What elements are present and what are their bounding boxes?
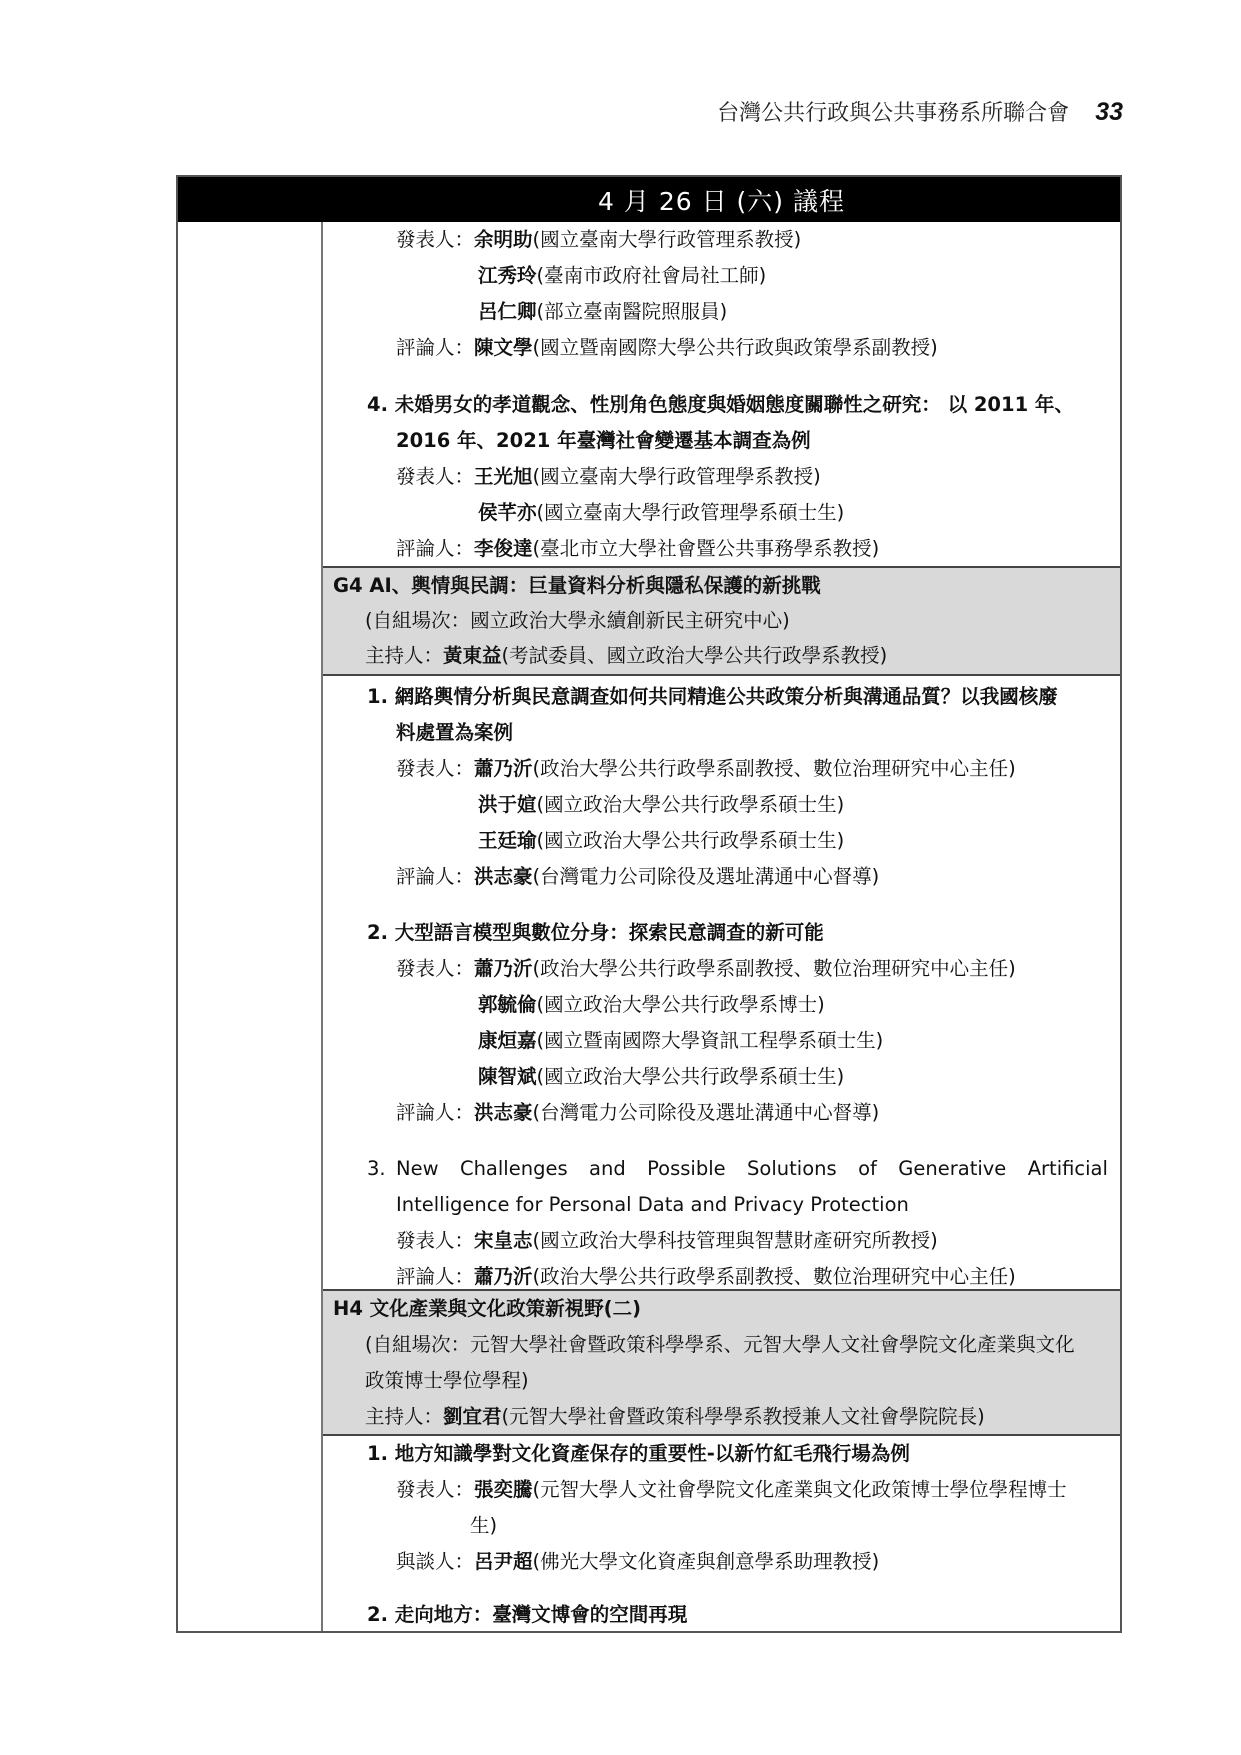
session-header-g4: G4 AI、輿情與民調：巨量資料分析與隱私保護的新挑戰 (自組場次：國立政治大學… [323, 566, 1120, 676]
paper-number: 1. [367, 685, 388, 708]
paper-title-cont: 料處置為案例 [396, 715, 1120, 751]
presenter-affiliation: (國立政治大學公共行政學系碩士生) [537, 1065, 845, 1088]
presenter-label: 發表人： [396, 957, 474, 980]
presenter-line: 侯芊亦(國立臺南大學行政管理學系碩士生) [478, 495, 1120, 531]
time-column [178, 177, 323, 1631]
presenter-affiliation: (國立政治大學公共行政學系碩士生) [537, 793, 845, 816]
title-word: Possible [647, 1151, 726, 1187]
discussant-name: 蕭乃沂 [474, 1265, 533, 1288]
presenter-name: 侯芊亦 [478, 501, 537, 524]
presenter-name: 蕭乃沂 [474, 957, 533, 980]
running-head-title: 台灣公共行政與公共事務系所聯合會 [717, 96, 1069, 127]
discussant-affiliation: (台灣電力公司除役及選址溝通中心督導) [533, 865, 880, 888]
discussant-affiliation: (政治大學公共行政學系副教授、數位治理研究中心主任) [533, 1265, 1016, 1288]
agenda-header-title: 4 月 26 日 (六) 議程 [323, 177, 1120, 222]
presenter-name: 江秀玲 [478, 264, 537, 287]
paper-title-cont: Intelligence for Personal Data and Priva… [396, 1187, 1120, 1223]
title-word: of [858, 1151, 877, 1187]
presenter-affiliation-cont: 生) [470, 1508, 1120, 1544]
presenter-name: 洪于媗 [478, 793, 537, 816]
paper-title: 3. New Challenges and Possible Solutions… [367, 1151, 1108, 1187]
presenter-line: 發表人：蕭乃沂(政治大學公共行政學系副教授、數位治理研究中心主任) [396, 751, 1120, 787]
presenter-label: 發表人： [396, 228, 474, 251]
discussant-label: 評論人： [396, 865, 474, 888]
discussant-line: 評論人：李俊達(臺北市立大學社會暨公共事務學系教授) [396, 531, 1120, 567]
host-label: 主持人： [365, 644, 443, 667]
presenter-label: 發表人： [396, 1229, 474, 1252]
presenter-affiliation: (國立政治大學科技管理與智慧財產研究所教授) [533, 1229, 938, 1252]
presenter-line: 洪于媗(國立政治大學公共行政學系碩士生) [478, 787, 1120, 823]
session-header-h4: H4 文化產業與文化政策新視野(二) (自組場次：元智大學社會暨政策科學學系、元… [323, 1289, 1120, 1436]
presenter-line: 郭毓倫(國立政治大學公共行政學系博士) [478, 987, 1120, 1023]
discussant-label: 評論人： [396, 1265, 474, 1288]
session-organizer: (自組場次：國立政治大學永續創新民主研究中心) [365, 603, 1120, 639]
session-host: 主持人：黃東益(考試委員、國立政治大學公共行政學系教授) [365, 638, 1120, 674]
host-affiliation: (元智大學社會暨政策科學學系教授兼人文社會學院院長) [502, 1405, 985, 1428]
running-head: 台灣公共行政與公共事務系所聯合會 33 [717, 96, 1123, 127]
paper-title: 1. 地方知識學對文化資產保存的重要性-以新竹紅毛飛行場為例 [367, 1436, 1120, 1472]
host-name: 劉宜君 [443, 1405, 502, 1428]
page-number: 33 [1095, 98, 1123, 127]
session-organizer: (自組場次：元智大學社會暨政策科學學系、元智大學人文社會學院文化產業與文化 [365, 1327, 1120, 1363]
presenter-name: 陳智斌 [478, 1065, 537, 1088]
paper-number: 2. [367, 1603, 388, 1626]
presenter-affiliation: (國立臺南大學行政管理系教授) [533, 228, 802, 251]
paper-title-line: 地方知識學對文化資產保存的重要性-以新竹紅毛飛行場為例 [395, 1442, 910, 1465]
paper-title-line: 網路輿情分析與民意調查如何共同精進公共政策分析與溝通品質？以我國核廢 [395, 685, 1058, 708]
presenter-name: 呂仁卿 [478, 300, 537, 323]
title-word: Artificial [1028, 1151, 1108, 1187]
paper-number: 2. [367, 921, 388, 944]
session-title: H4 文化產業與文化政策新視野(二) [333, 1291, 1120, 1327]
presenter-name: 宋皇志 [474, 1229, 533, 1252]
discussant-label: 評論人： [396, 336, 474, 359]
co-discussant-affiliation: (佛光大學文化資產與創意學系助理教授) [533, 1550, 880, 1573]
agenda-table: 4 月 26 日 (六) 議程 發表人：余明助(國立臺南大學行政管理系教授) 江… [176, 175, 1122, 1633]
paper-title-cont: 2016 年、2021 年臺灣社會變遷基本調查為例 [396, 423, 1120, 459]
presenter-name: 王廷瑜 [478, 829, 537, 852]
presenter-affiliation: (國立臺南大學行政管理學系碩士生) [537, 501, 845, 524]
discussant-label: 評論人： [396, 1101, 474, 1124]
presenter-name: 張奕騰 [474, 1478, 533, 1501]
presenter-line: 康烜嘉(國立暨南國際大學資訊工程學系碩士生) [478, 1023, 1120, 1059]
presenter-line: 發表人：蕭乃沂(政治大學公共行政學系副教授、數位治理研究中心主任) [396, 951, 1120, 987]
discussant-affiliation: (臺北市立大學社會暨公共事務學系教授) [533, 537, 880, 560]
agenda-content: 發表人：余明助(國立臺南大學行政管理系教授) 江秀玲(臺南市政府社會局社工師) … [323, 222, 1120, 1631]
presenter-name: 余明助 [474, 228, 533, 251]
presenter-line: 發表人：余明助(國立臺南大學行政管理系教授) [396, 222, 1120, 258]
paper-number: 4. [367, 393, 388, 416]
paper-title: 4. 未婚男女的孝道觀念、性別角色態度與婚姻態度關聯性之研究： 以 2011 年… [367, 387, 1120, 423]
paper-number: 3. [367, 1151, 386, 1187]
presenter-line: 陳智斌(國立政治大學公共行政學系碩士生) [478, 1059, 1120, 1095]
paper-title-line: 走向地方：臺灣文博會的空間再現 [395, 1603, 688, 1626]
host-name: 黃東益 [443, 644, 502, 667]
presenter-line: 江秀玲(臺南市政府社會局社工師) [478, 258, 1120, 294]
presenter-name: 郭毓倫 [478, 993, 537, 1016]
presenter-line: 王廷瑜(國立政治大學公共行政學系碩士生) [478, 823, 1120, 859]
discussant-line: 評論人：洪志豪(台灣電力公司除役及選址溝通中心督導) [396, 859, 1120, 895]
presenter-label: 發表人： [396, 465, 474, 488]
presenter-affiliation: (部立臺南醫院照服員) [537, 300, 728, 323]
session-host: 主持人：劉宜君(元智大學社會暨政策科學學系教授兼人文社會學院院長) [365, 1399, 1120, 1435]
paper-title-line: 大型語言模型與數位分身：探索民意調查的新可能 [395, 921, 824, 944]
presenter-affiliation: (政治大學公共行政學系副教授、數位治理研究中心主任) [533, 957, 1016, 980]
presenter-affiliation: (政治大學公共行政學系副教授、數位治理研究中心主任) [533, 757, 1016, 780]
session-organizer-cont: 政策博士學位學程) [365, 1363, 1120, 1399]
discussant-name: 李俊達 [474, 537, 533, 560]
presenter-line: 發表人：王光旭(國立臺南大學行政管理學系教授) [396, 459, 1120, 495]
co-discussant-line: 與談人：呂尹超(佛光大學文化資產與創意學系助理教授) [396, 1544, 1120, 1580]
presenter-name: 王光旭 [474, 465, 533, 488]
title-word: and [589, 1151, 626, 1187]
paper-title: 1. 網路輿情分析與民意調查如何共同精進公共政策分析與溝通品質？以我國核廢 [367, 679, 1120, 715]
presenter-line: 呂仁卿(部立臺南醫院照服員) [478, 294, 1120, 330]
presenter-affiliation: (國立政治大學公共行政學系碩士生) [537, 829, 845, 852]
paper-title: 2. 走向地方：臺灣文博會的空間再現 [367, 1597, 1120, 1633]
paper-number: 1. [367, 1442, 388, 1465]
discussant-affiliation: (台灣電力公司除役及選址溝通中心督導) [533, 1101, 880, 1124]
discussant-name: 洪志豪 [474, 1101, 533, 1124]
paper-title-line: New Challenges and Possible Solutions of… [396, 1151, 1108, 1187]
presenter-affiliation: (臺南市政府社會局社工師) [537, 264, 767, 287]
discussant-line: 評論人：洪志豪(台灣電力公司除役及選址溝通中心督導) [396, 1095, 1120, 1131]
host-affiliation: (考試委員、國立政治大學公共行政學系教授) [502, 644, 888, 667]
discussant-line: 評論人：陳文學(國立暨南國際大學公共行政與政策學系副教授) [396, 330, 1120, 366]
title-word: Challenges [460, 1151, 568, 1187]
presenter-label: 發表人： [396, 757, 474, 780]
session-title: G4 AI、輿情與民調：巨量資料分析與隱私保護的新挑戰 [333, 568, 1120, 604]
paper-title-line: 未婚男女的孝道觀念、性別角色態度與婚姻態度關聯性之研究： 以 2011 年、 [395, 393, 1074, 416]
presenter-affiliation: (國立臺南大學行政管理學系教授) [533, 465, 821, 488]
title-word: New [396, 1151, 439, 1187]
presenter-label: 發表人： [396, 1478, 474, 1501]
presenter-name: 康烜嘉 [478, 1029, 537, 1052]
title-word: Generative [898, 1151, 1006, 1187]
host-label: 主持人： [365, 1405, 443, 1428]
presenter-affiliation: (元智大學人文社會學院文化產業與文化政策博士學位學程博士 [533, 1478, 1067, 1501]
discussant-affiliation: (國立暨南國際大學公共行政與政策學系副教授) [533, 336, 938, 359]
presenter-line: 發表人：宋皇志(國立政治大學科技管理與智慧財產研究所教授) [396, 1223, 1120, 1259]
title-word: Solutions [747, 1151, 837, 1187]
presenter-affiliation: (國立政治大學公共行政學系博士) [537, 993, 825, 1016]
presenter-line: 發表人：張奕騰(元智大學人文社會學院文化產業與文化政策博士學位學程博士 [396, 1472, 1120, 1508]
discussant-label: 評論人： [396, 537, 474, 560]
co-discussant-label: 與談人： [396, 1550, 474, 1573]
presenter-affiliation: (國立暨南國際大學資訊工程學系碩士生) [537, 1029, 884, 1052]
discussant-name: 陳文學 [474, 336, 533, 359]
paper-title: 2. 大型語言模型與數位分身：探索民意調查的新可能 [367, 915, 1120, 951]
discussant-name: 洪志豪 [474, 865, 533, 888]
co-discussant-name: 呂尹超 [474, 1550, 533, 1573]
presenter-name: 蕭乃沂 [474, 757, 533, 780]
